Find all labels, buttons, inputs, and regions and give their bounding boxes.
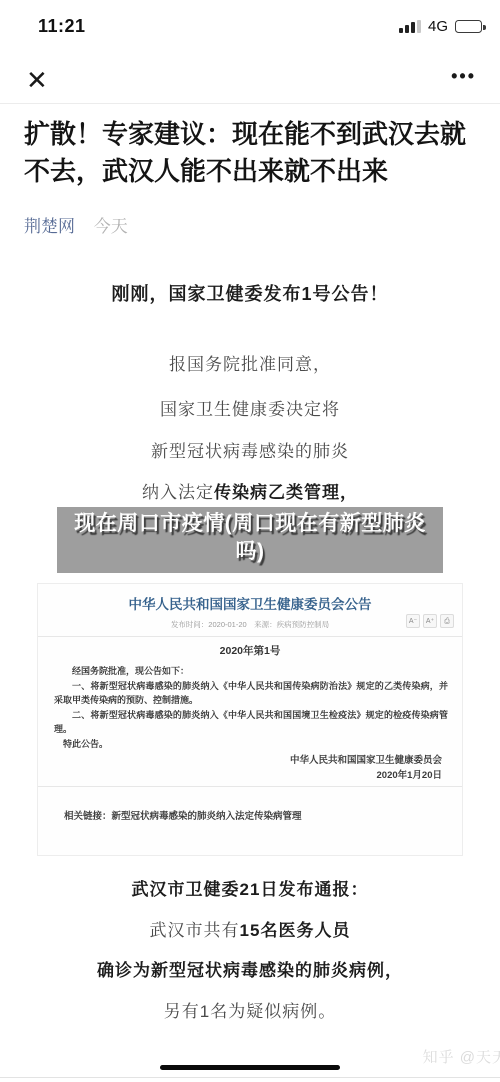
status-icons: 4G xyxy=(399,18,482,35)
more-options-icon[interactable]: ••• xyxy=(451,58,476,94)
print-icon: ⎙ xyxy=(440,614,454,628)
related-link: 新型冠状病毒感染的肺炎纳入法定传染病管理 xyxy=(112,811,302,822)
report-line: 另有1名为疑似病例。 xyxy=(0,997,500,1022)
publish-date: 今天 xyxy=(94,217,128,236)
report-line: 确诊为新型冠状病毒感染的肺炎病例， xyxy=(0,956,500,981)
zhihu-watermark: 知乎 @天天 xyxy=(423,1046,500,1067)
byline: 荆楚网 今天 xyxy=(24,212,128,237)
article-line: 国家卫生健康委决定将 xyxy=(0,395,500,420)
font-decrease-icon: A⁻ xyxy=(406,614,420,628)
notice-issue-number: 2020年第1号 xyxy=(38,643,462,658)
notice-paragraph: 二、将新型冠状病毒感染的肺炎纳入《中华人民共和国国境卫生检疫法》规定的检疫传染病… xyxy=(54,708,448,737)
home-indicator[interactable] xyxy=(160,1065,340,1070)
notice-body: 经国务院批准，现公告如下： 一、将新型冠状病毒感染的肺炎纳入《中华人民共和国传染… xyxy=(54,664,448,751)
notice-paragraph: 特此公告。 xyxy=(54,737,448,752)
article-line: 报国务院批准同意， xyxy=(0,350,500,375)
signal-strength-icon xyxy=(399,20,421,33)
clock: 11:21 xyxy=(38,16,86,37)
notice-meta: 发布时间：2020-01-20 来源：疾病预防控制局 xyxy=(38,619,462,630)
report-line: 武汉市共有15名医务人员 xyxy=(0,916,500,941)
caption-overlay-text: 现在周口市疫情(周口现在有新型肺炎吗) xyxy=(65,507,435,566)
navbar: ✕ ••• xyxy=(0,56,500,104)
notice-paragraph: 经国务院批准，现公告如下： xyxy=(54,664,448,679)
bottom-divider xyxy=(0,1077,500,1078)
article-headline: 刚刚，国家卫健委发布1号公告！ xyxy=(0,280,500,306)
caption-overlay: 现在周口市疫情(周口现在有新型肺炎吗) xyxy=(57,507,443,573)
notice-divider-top xyxy=(38,636,462,637)
notice-paragraph: 一、将新型冠状病毒感染的肺炎纳入《中华人民共和国传染病防治法》规定的乙类传染病，… xyxy=(54,679,448,708)
notice-related-links: 相关链接：新型冠状病毒感染的肺炎纳入法定传染病管理 xyxy=(64,808,302,822)
notice-divider-bottom xyxy=(38,786,462,787)
notice-signature-org: 中华人民共和国国家卫生健康委员会 xyxy=(290,754,442,769)
article-line: 新型冠状病毒感染的肺炎 xyxy=(0,437,500,462)
notice-signature-date: 2020年1月20日 xyxy=(290,769,442,784)
notice-title: 中华人民共和国国家卫生健康委员会公告 xyxy=(38,593,462,613)
article-title: 扩散！专家建议：现在能不到武汉去就不去，武汉人能不出来就不出来 xyxy=(24,116,476,190)
notice-document-image[interactable]: 中华人民共和国国家卫生健康委员会公告 发布时间：2020-01-20 来源：疾病… xyxy=(37,583,463,856)
source-link[interactable]: 荆楚网 xyxy=(24,217,75,236)
notice-signature: 中华人民共和国国家卫生健康委员会 2020年1月20日 xyxy=(290,754,442,783)
status-bar: 11:21 4G xyxy=(0,0,500,56)
font-increase-icon: A⁺ xyxy=(423,614,437,628)
report-line: 武汉市卫健委21日发布通报： xyxy=(0,875,500,900)
notice-toolbar: A⁻ A⁺ ⎙ xyxy=(406,614,454,628)
close-icon[interactable]: ✕ xyxy=(26,62,48,98)
related-label: 相关链接： xyxy=(64,811,112,822)
article-line: 纳入法定传染病乙类管理， xyxy=(0,478,500,503)
network-type-label: 4G xyxy=(428,18,448,35)
battery-icon xyxy=(455,20,482,33)
